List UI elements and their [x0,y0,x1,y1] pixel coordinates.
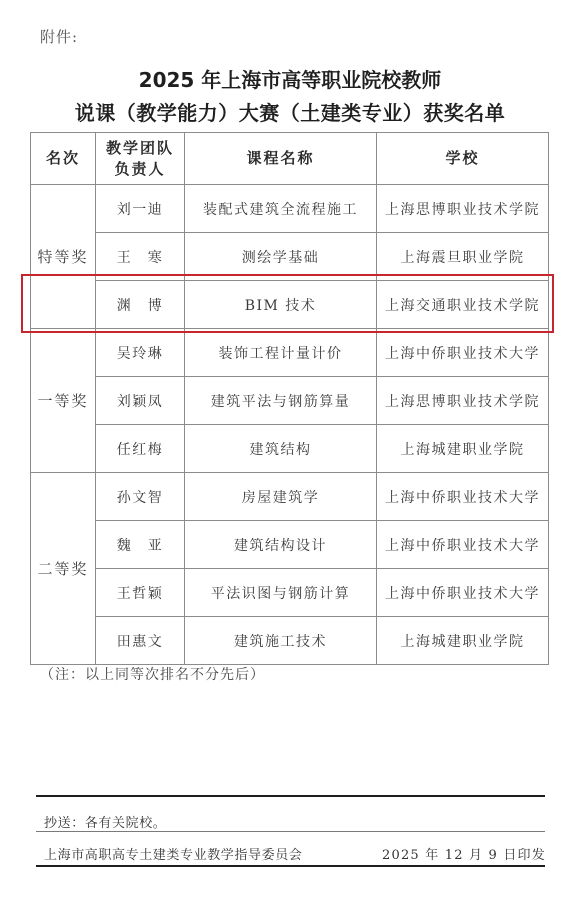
document-title-line-2: 说课（教学能力）大赛（土建类专业）获奖名单 [0,97,580,126]
table-row: 王哲颖 平法识图与钢筋计算 上海中侨职业技术大学 [31,569,549,617]
issuing-committee: 上海市高职高专土建类专业教学指导委员会 [44,844,302,863]
course-cell: 建筑结构设计 [185,521,377,569]
school-cell: 上海中侨职业技术大学 [377,569,549,617]
table-header-row: 名次 教学团队 负责人 课程名称 学校 [31,133,549,185]
footer-top-rule [36,795,545,797]
header-course: 课程名称 [185,133,377,185]
school-cell: 上海思博职业技术学院 [377,185,549,233]
leader-cell: 王哲颖 [96,569,185,617]
school-cell: 上海中侨职业技术大学 [377,329,549,377]
attachment-label: 附件: [40,26,78,47]
header-rank: 名次 [31,133,96,185]
leader-cell: 魏 亚 [96,521,185,569]
table-row: 刘颖凤 建筑平法与钢筋算量 上海思博职业技术学院 [31,377,549,425]
leader-cell: 刘一迪 [96,185,185,233]
header-team-leader-line-2: 负责人 [96,159,184,180]
header-team-leader-line-1: 教学团队 [96,138,184,159]
course-cell: 装配式建筑全流程施工 [185,185,377,233]
school-cell: 上海城建职业学院 [377,617,549,665]
table-row: 魏 亚 建筑结构设计 上海中侨职业技术大学 [31,521,549,569]
course-cell: 建筑施工技术 [185,617,377,665]
school-cell: 上海中侨职业技术大学 [377,473,549,521]
leader-cell: 刘颖凤 [96,377,185,425]
course-cell: 装饰工程计量计价 [185,329,377,377]
school-cell: 上海城建职业学院 [377,425,549,473]
red-highlight-box [21,274,554,333]
table-row: 二等奖 孙文智 房屋建筑学 上海中侨职业技术大学 [31,473,549,521]
school-cell: 上海中侨职业技术大学 [377,521,549,569]
course-cell: 房屋建筑学 [185,473,377,521]
leader-cell: 孙文智 [96,473,185,521]
document-title-line-1: 2025 年上海市高等职业院校教师 [0,64,580,93]
table-row: 特等奖 刘一迪 装配式建筑全流程施工 上海思博职业技术学院 [31,185,549,233]
school-cell: 上海思博职业技术学院 [377,377,549,425]
course-cell: 建筑平法与钢筋算量 [185,377,377,425]
leader-cell: 任红梅 [96,425,185,473]
table-row: 田惠文 建筑施工技术 上海城建职业学院 [31,617,549,665]
cc-line: 抄送：各有关院校。 [44,812,166,831]
rank-cell-first: 一等奖 [31,329,96,473]
header-team-leader: 教学团队 负责人 [96,133,185,185]
awards-table: 名次 教学团队 负责人 课程名称 学校 特等奖 刘一迪 装配式建筑全流程施工 上… [30,132,549,665]
table-row: 任红梅 建筑结构 上海城建职业学院 [31,425,549,473]
footer-bottom-rule [36,865,545,867]
ranking-note: （注：以上同等次排名不分先后） [40,664,265,684]
table-row: 一等奖 吴玲琳 装饰工程计量计价 上海中侨职业技术大学 [31,329,549,377]
leader-cell: 吴玲琳 [96,329,185,377]
rank-cell-second: 二等奖 [31,473,96,665]
leader-cell: 田惠文 [96,617,185,665]
course-cell: 平法识图与钢筋计算 [185,569,377,617]
course-cell: 建筑结构 [185,425,377,473]
header-school: 学校 [377,133,549,185]
issue-date: 2025 年 12 月 9 日印发 [382,844,546,863]
footer-middle-rule [36,831,545,832]
